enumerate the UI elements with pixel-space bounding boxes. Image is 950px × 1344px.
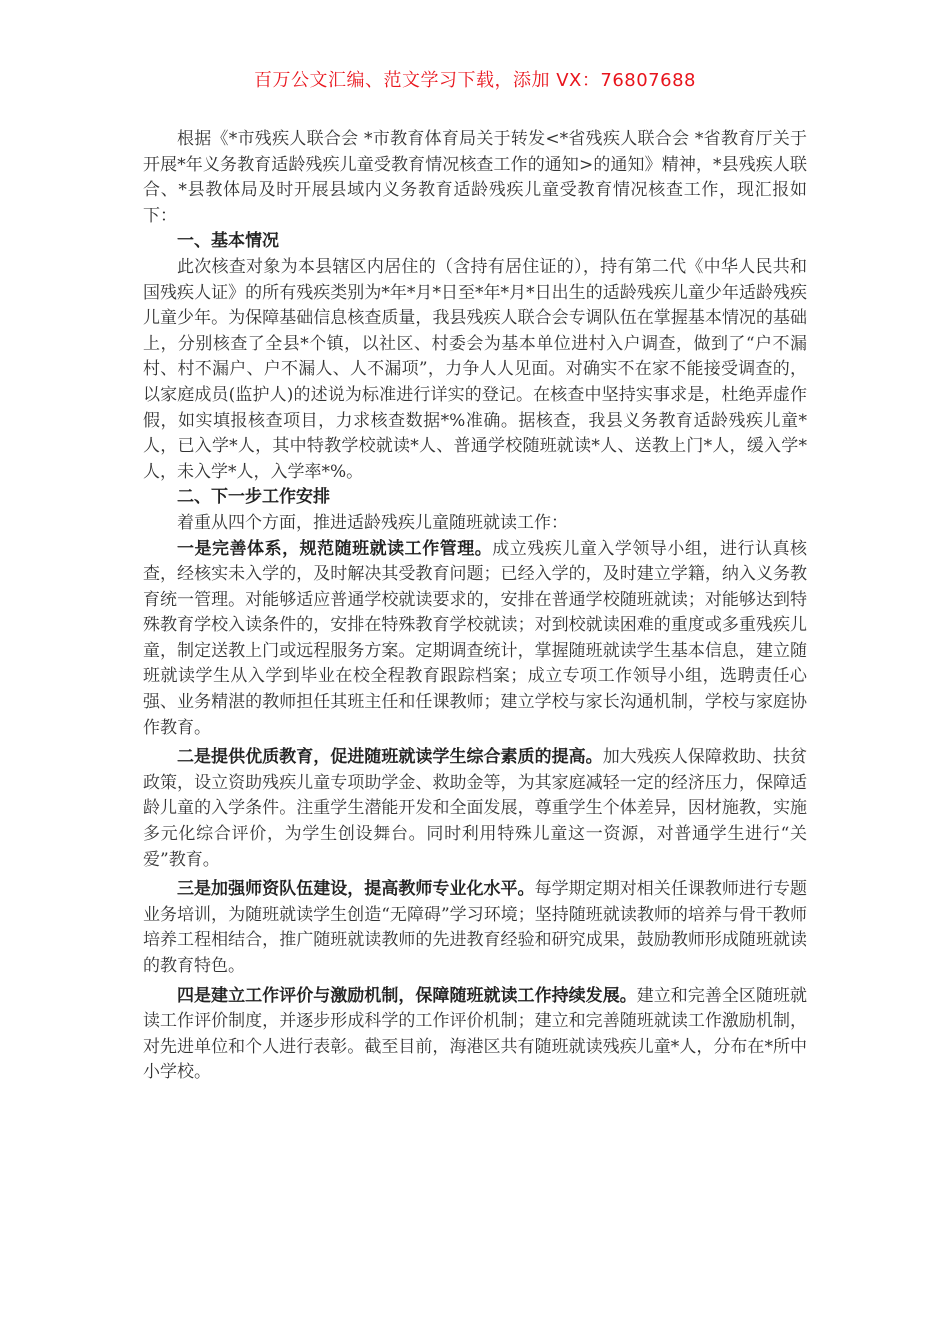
work-item-1-title: 一是完善体系，规范随班就读工作管理。 [177, 539, 492, 559]
work-item-2: 二是提供优质教育，促进随班就读学生综合素质的提高。加大残疾人保障救助、扶贫政策，… [143, 745, 807, 873]
work-item-1: 一是完善体系，规范随班就读工作管理。成立残疾儿童入学领导小组，进行认真核查，经核… [143, 537, 807, 742]
next-steps-lead: 着重从四个方面，推进适龄残疾儿童随班就读工作： [143, 511, 807, 537]
section-heading-next-steps: 二、下一步工作安排 [143, 485, 807, 511]
document-body: 根据《*市残疾人联合会 *市教育体育局关于转发<*省残疾人联合会 *省教育厅关于… [143, 127, 807, 1086]
basic-situation-paragraph: 此次核查对象为本县辖区内居住的（含持有居住证的），持有第二代《中华人民共和国残疾… [143, 255, 807, 485]
work-item-4: 四是建立工作评价与激励机制，保障随班就读工作持续发展。建立和完善全区随班就读工作… [143, 984, 807, 1086]
work-item-1-body: 成立残疾儿童入学领导小组，进行认真核查，经核实未入学的，及时解决其受教育问题；已… [143, 539, 807, 738]
promo-banner: 百万公文汇编、范文学习下载，添加 VX：76807688 [0, 66, 950, 92]
intro-paragraph: 根据《*市残疾人联合会 *市教育体育局关于转发<*省残疾人联合会 *省教育厅关于… [143, 127, 807, 229]
document-page: 百万公文汇编、范文学习下载，添加 VX：76807688 根据《*市残疾人联合会… [0, 0, 950, 1344]
work-item-3: 三是加强师资队伍建设，提高教师专业化水平。每学期定期对相关任课教师进行专题业务培… [143, 877, 807, 979]
work-item-3-title: 三是加强师资队伍建设，提高教师专业化水平。 [177, 879, 535, 899]
work-item-4-title: 四是建立工作评价与激励机制，保障随班就读工作持续发展。 [177, 986, 637, 1006]
work-item-2-title: 二是提供优质教育，促进随班就读学生综合素质的提高。 [177, 747, 603, 767]
section-heading-basic-situation: 一、基本情况 [143, 229, 807, 255]
